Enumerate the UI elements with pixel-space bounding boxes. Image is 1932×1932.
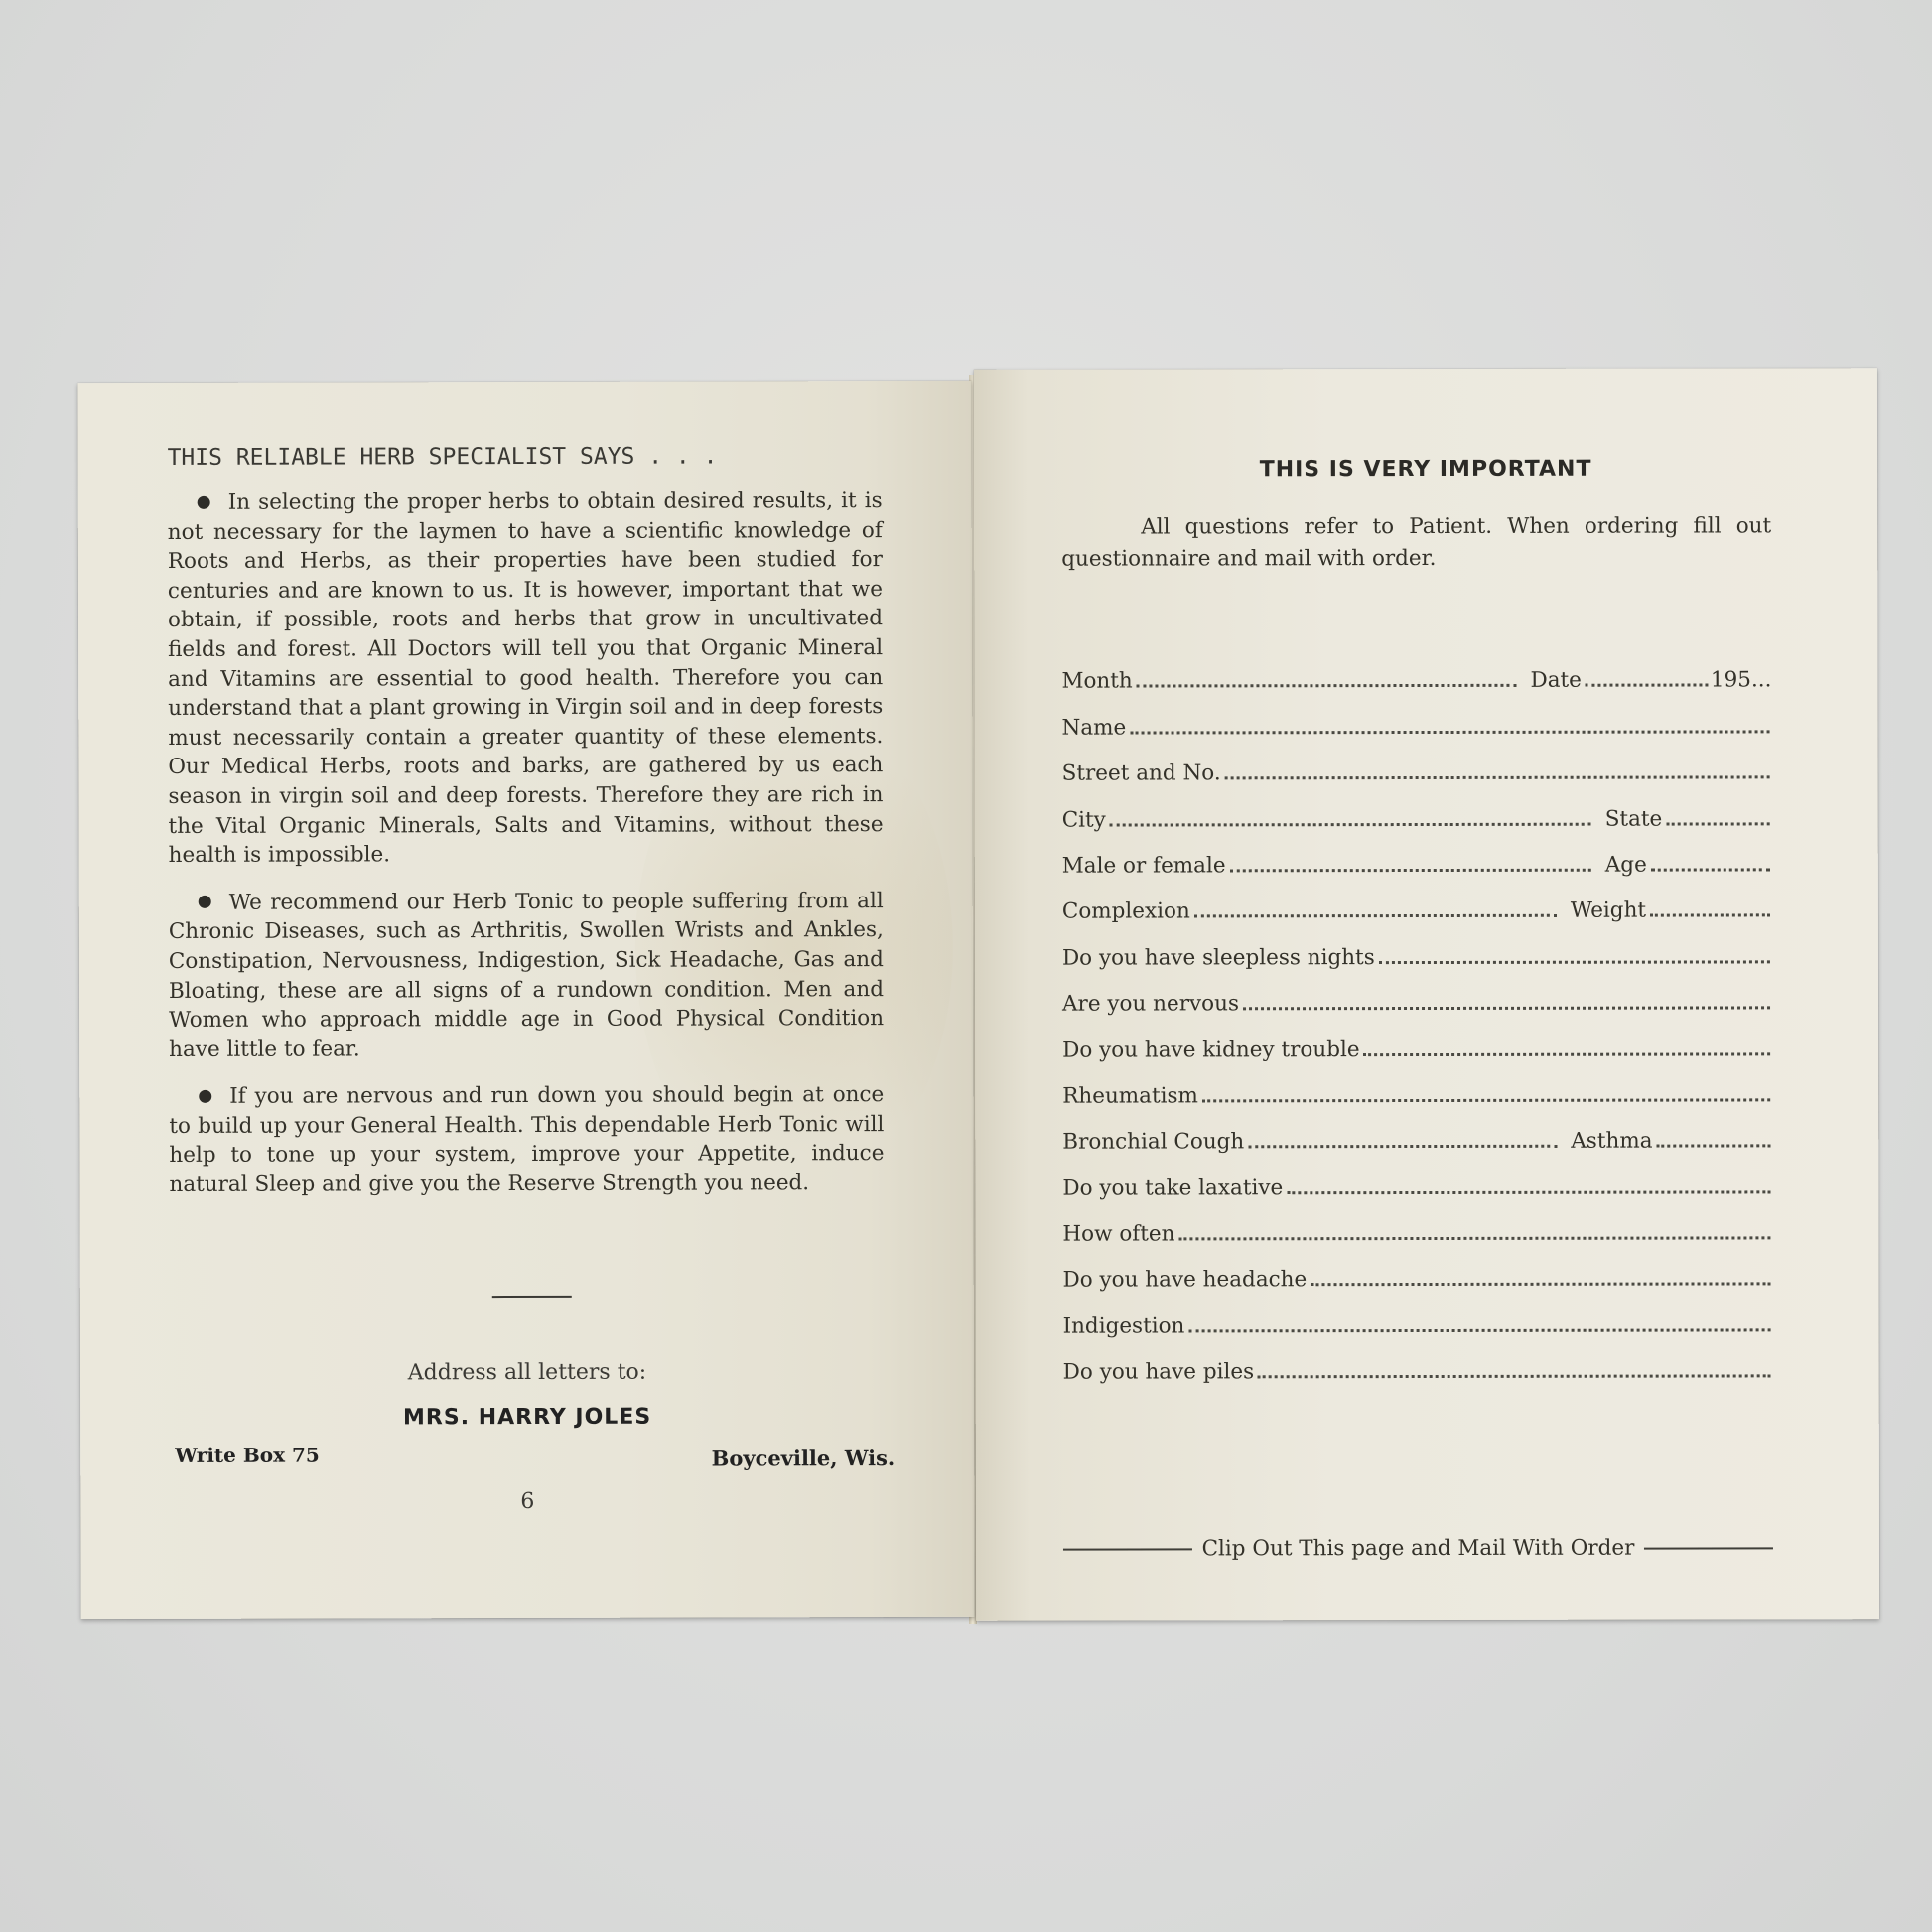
form-field[interactable]: Do you have kidney trouble bbox=[1062, 1036, 1772, 1062]
page-number: 6 bbox=[80, 1488, 974, 1515]
form-field[interactable]: Indigestion bbox=[1063, 1312, 1773, 1338]
year-prefix: 195... bbox=[1711, 668, 1772, 693]
right-page: THIS IS VERY IMPORTANT All questions ref… bbox=[974, 368, 1879, 1621]
form-field-label: Do you take laxative bbox=[1062, 1175, 1283, 1200]
patient-questionnaire: MonthDate195...NameStreet and No.CitySta… bbox=[1061, 646, 1772, 1384]
form-row: Do you take laxative bbox=[1062, 1154, 1772, 1201]
form-field[interactable]: Do you have sleepless nights bbox=[1062, 944, 1772, 970]
form-field[interactable]: Do you have headache bbox=[1062, 1267, 1772, 1293]
form-row: Rheumatism bbox=[1062, 1061, 1772, 1109]
form-field-label: Rheumatism bbox=[1062, 1083, 1198, 1108]
bullet-icon bbox=[199, 1090, 211, 1103]
form-field[interactable]: Do you take laxative bbox=[1062, 1174, 1772, 1200]
intro-line-2: questionnaire and mail with order. bbox=[1061, 542, 1771, 575]
form-row: CityState bbox=[1062, 785, 1772, 833]
form-field-label: Street and No. bbox=[1062, 761, 1221, 786]
dotted-fill-line[interactable] bbox=[1230, 868, 1591, 873]
dotted-fill-line[interactable] bbox=[1202, 1097, 1770, 1102]
intro-text: All questions refer to Patient. When ord… bbox=[1061, 510, 1771, 575]
form-row: Do you have sleepless nights bbox=[1062, 923, 1772, 971]
dotted-fill-line[interactable] bbox=[1657, 1144, 1771, 1148]
form-row: Do you have piles bbox=[1063, 1337, 1773, 1385]
dotted-fill-line[interactable] bbox=[1137, 683, 1517, 688]
form-field-label: Complexion bbox=[1062, 899, 1190, 924]
dotted-fill-line[interactable] bbox=[1364, 1051, 1771, 1056]
dotted-fill-line[interactable] bbox=[1586, 683, 1709, 687]
dotted-fill-line[interactable] bbox=[1243, 1006, 1770, 1011]
address-label: Address all letters to: bbox=[80, 1359, 974, 1386]
form-field[interactable]: Rheumatism bbox=[1062, 1082, 1772, 1108]
form-field-label: Bronchial Cough bbox=[1062, 1130, 1244, 1155]
form-field[interactable]: Bronchial Cough bbox=[1062, 1129, 1559, 1155]
address-city: Boyceville, Wis. bbox=[712, 1446, 896, 1470]
right-page-heading: THIS IS VERY IMPORTANT bbox=[974, 456, 1877, 483]
form-field-label: State bbox=[1605, 806, 1663, 831]
bullet-icon bbox=[199, 896, 211, 908]
form-row: MonthDate195... bbox=[1061, 646, 1771, 694]
form-field[interactable]: Complexion bbox=[1062, 898, 1559, 924]
form-row: Are you nervous bbox=[1062, 969, 1772, 1017]
form-field-label: Do you have sleepless nights bbox=[1062, 945, 1375, 971]
dotted-fill-line[interactable] bbox=[1650, 913, 1770, 917]
form-field[interactable]: Name bbox=[1062, 714, 1772, 740]
form-field-label: Are you nervous bbox=[1062, 991, 1239, 1016]
bullet-icon bbox=[198, 495, 210, 508]
form-field-label: Weight bbox=[1571, 898, 1646, 923]
form-field[interactable]: Street and No. bbox=[1062, 760, 1772, 786]
left-page: THIS RELIABLE HERB SPECIALIST SAYS . . .… bbox=[77, 381, 974, 1619]
dotted-fill-line[interactable] bbox=[1225, 775, 1770, 780]
form-field[interactable]: Asthma bbox=[1559, 1129, 1772, 1154]
form-field-label: How often bbox=[1062, 1222, 1174, 1247]
form-field[interactable]: How often bbox=[1062, 1220, 1772, 1246]
paragraph-2: We recommend our Herb Tonic to people su… bbox=[169, 887, 884, 1064]
dotted-fill-line[interactable] bbox=[1130, 729, 1769, 734]
form-field[interactable]: Do you have piles bbox=[1063, 1359, 1773, 1385]
dotted-fill-line[interactable] bbox=[1651, 867, 1770, 871]
dotted-fill-line[interactable] bbox=[1178, 1235, 1770, 1240]
dotted-fill-line[interactable] bbox=[1188, 1327, 1770, 1332]
dotted-fill-line[interactable] bbox=[1379, 959, 1770, 964]
paragraph-3: If you are nervous and run down you shou… bbox=[169, 1080, 884, 1199]
dotted-fill-line[interactable] bbox=[1258, 1374, 1771, 1379]
dotted-fill-line[interactable] bbox=[1194, 913, 1557, 918]
form-row: ComplexionWeight bbox=[1062, 877, 1772, 924]
left-page-body: In selecting the proper herbs to obtain … bbox=[168, 486, 885, 1218]
dotted-fill-line[interactable] bbox=[1110, 821, 1591, 826]
form-field[interactable]: Age bbox=[1593, 852, 1772, 877]
clip-rule-right bbox=[1644, 1547, 1773, 1549]
form-field-label: Do you have kidney trouble bbox=[1062, 1037, 1359, 1063]
form-field[interactable]: City bbox=[1062, 806, 1593, 832]
form-field-label: Asthma bbox=[1571, 1129, 1652, 1154]
form-field-label: Do you have piles bbox=[1063, 1360, 1254, 1385]
left-page-heading: THIS RELIABLE HERB SPECIALIST SAYS . . . bbox=[168, 443, 718, 470]
dotted-fill-line[interactable] bbox=[1666, 821, 1769, 825]
form-row: Male or femaleAge bbox=[1062, 831, 1772, 879]
dotted-fill-line[interactable] bbox=[1287, 1189, 1770, 1194]
form-row: How often bbox=[1062, 1199, 1772, 1247]
form-field[interactable]: Are you nervous bbox=[1062, 991, 1772, 1017]
clip-rule-left bbox=[1063, 1548, 1192, 1550]
form-row: Bronchial CoughAsthma bbox=[1062, 1107, 1772, 1155]
form-field-label: City bbox=[1062, 807, 1106, 832]
form-field-label: Male or female bbox=[1062, 853, 1226, 878]
form-field-label: Do you have headache bbox=[1062, 1268, 1307, 1293]
form-field[interactable]: Weight bbox=[1559, 898, 1772, 923]
intro-line-1: All questions refer to Patient. When ord… bbox=[1061, 510, 1771, 543]
form-field-label: Indigestion bbox=[1063, 1313, 1185, 1338]
address-name: MRS. HARRY JOLES bbox=[80, 1404, 974, 1431]
form-field-label: Date bbox=[1530, 668, 1581, 693]
form-field[interactable]: Month bbox=[1061, 668, 1518, 694]
form-field-label: Name bbox=[1062, 715, 1127, 740]
address-box: Write Box 75 bbox=[175, 1444, 320, 1467]
form-field[interactable]: Date195... bbox=[1518, 668, 1771, 693]
form-row: Do you have headache bbox=[1062, 1245, 1772, 1293]
form-row: Name bbox=[1061, 693, 1771, 741]
form-field-label: Month bbox=[1061, 669, 1132, 694]
form-field[interactable]: Male or female bbox=[1062, 853, 1593, 879]
clip-out-text: Clip Out This page and Mail With Order bbox=[1192, 1536, 1645, 1562]
form-row: Do you have kidney trouble bbox=[1062, 1016, 1772, 1063]
form-row: Indigestion bbox=[1063, 1292, 1773, 1339]
clip-out-line: Clip Out This page and Mail With Order bbox=[1063, 1535, 1773, 1561]
form-field[interactable]: State bbox=[1593, 806, 1772, 831]
dotted-fill-line[interactable] bbox=[1248, 1144, 1557, 1149]
dotted-fill-line[interactable] bbox=[1311, 1282, 1770, 1287]
divider-rule bbox=[492, 1296, 572, 1298]
paragraph-1: In selecting the proper herbs to obtain … bbox=[168, 486, 884, 871]
form-row: Street and No. bbox=[1062, 739, 1772, 786]
form-field-label: Age bbox=[1605, 853, 1647, 878]
